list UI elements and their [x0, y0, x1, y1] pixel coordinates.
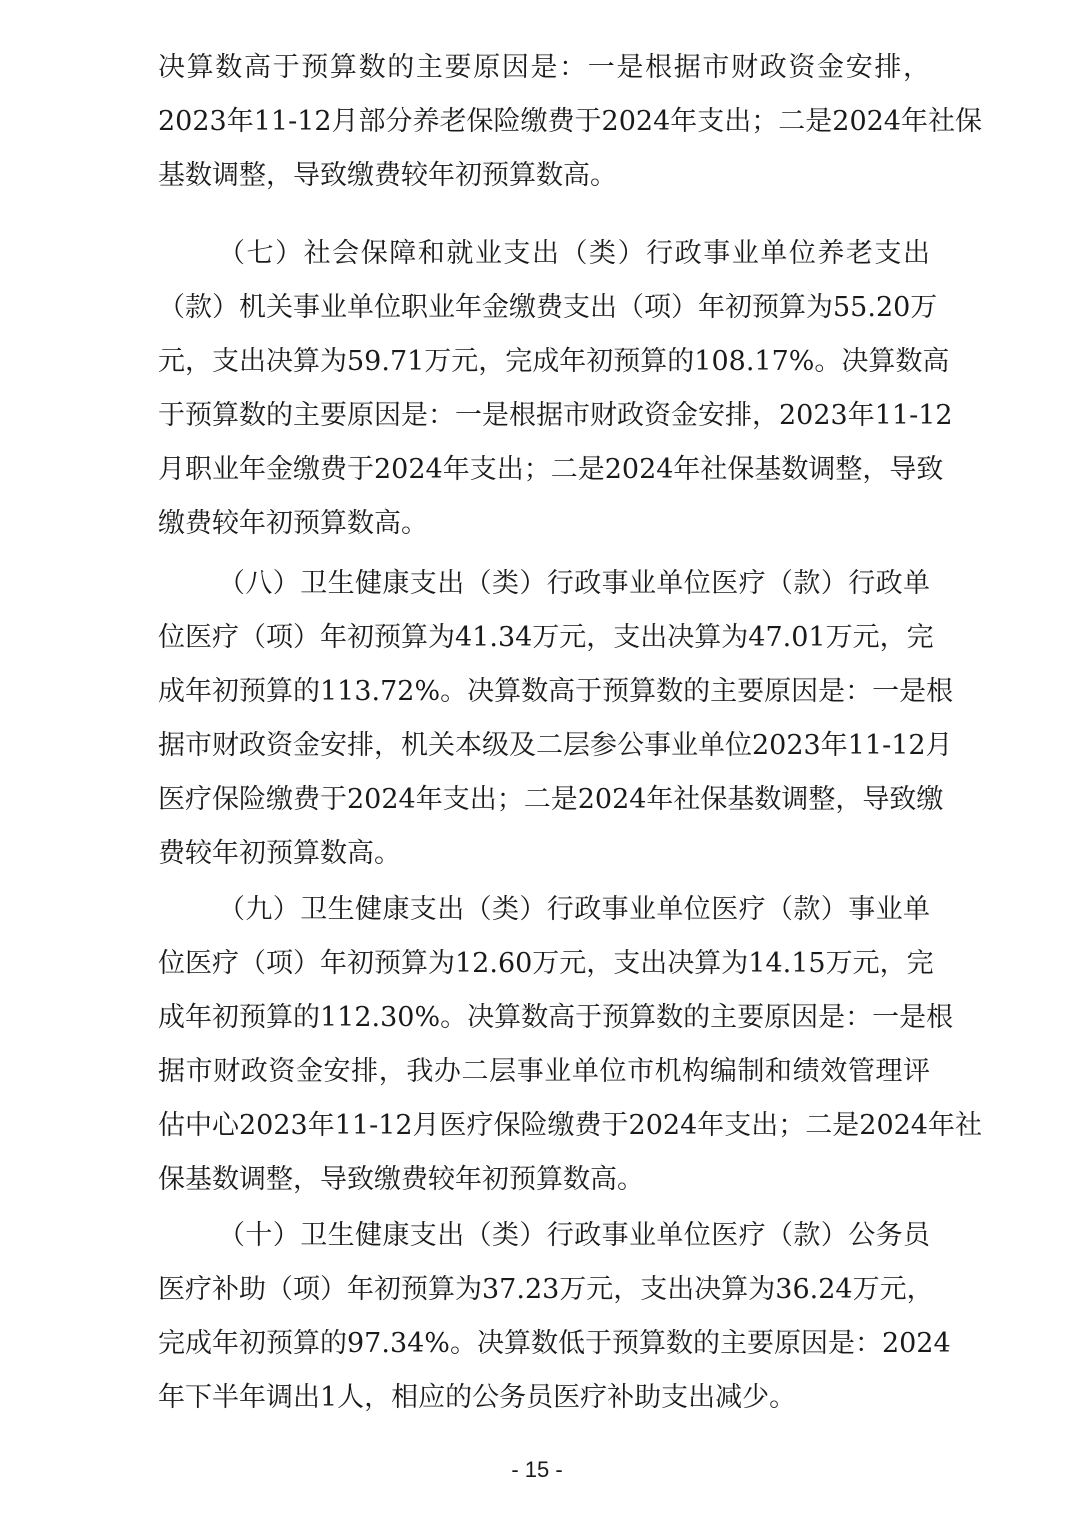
text-line: 基数调整，导致缴费较年初预算数高。 — [158, 156, 930, 196]
paragraph-heading-line: （七）社会保障和就业支出（类）行政事业单位养老支出 — [218, 234, 930, 274]
text-line: 成年初预算的113.72%。决算数高于预算数的主要原因是：一是根 — [158, 672, 930, 712]
text-line: 位医疗（项）年初预算为12.60万元，支出决算为14.15万元，完 — [158, 944, 930, 984]
text-line: 年下半年调出1人，相应的公务员医疗补助支出减少。 — [158, 1378, 930, 1418]
text-line: 估中心2023年11-12月医疗保险缴费于2024年支出；二是2024年社 — [158, 1106, 930, 1146]
text-line: （款）机关事业单位职业年金缴费支出（项）年初预算为55.20万 — [158, 288, 930, 328]
paragraph-heading-line: （八）卫生健康支出（类）行政事业单位医疗（款）行政单 — [218, 564, 930, 604]
text-line: 月职业年金缴费于2024年支出；二是2024年社保基数调整，导致 — [158, 450, 930, 490]
text-line: 据市财政资金安排，我办二层事业单位市机构编制和绩效管理评 — [158, 1052, 930, 1092]
paragraph-heading-line: （十）卫生健康支出（类）行政事业单位医疗（款）公务员 — [218, 1216, 930, 1256]
text-line: 元，支出决算为59.71万元，完成年初预算的108.17%。决算数高 — [158, 342, 930, 382]
paragraph-heading-line: （九）卫生健康支出（类）行政事业单位医疗（款）事业单 — [218, 890, 930, 930]
page-number: - 15 - — [0, 1457, 1074, 1483]
text-line: 缴费较年初预算数高。 — [158, 504, 930, 544]
text-line: 保基数调整，导致缴费较年初预算数高。 — [158, 1160, 930, 1200]
document-page: 决算数高于预算数的主要原因是：一是根据市财政资金安排， 2023年11-12月部… — [0, 0, 1074, 1520]
text-line: 位医疗（项）年初预算为41.34万元，支出决算为47.01万元，完 — [158, 618, 930, 658]
text-line: 费较年初预算数高。 — [158, 834, 930, 874]
text-line: 决算数高于预算数的主要原因是：一是根据市财政资金安排， — [158, 48, 930, 88]
text-line: 成年初预算的112.30%。决算数高于预算数的主要原因是：一是根 — [158, 998, 930, 1038]
text-line: 于预算数的主要原因是：一是根据市财政资金安排，2023年11-12 — [158, 396, 930, 436]
text-line: 2023年11-12月部分养老保险缴费于2024年支出；二是2024年社保 — [158, 102, 930, 142]
text-line: 医疗补助（项）年初预算为37.23万元，支出决算为36.24万元， — [158, 1270, 930, 1310]
text-line: 完成年初预算的97.34%。决算数低于预算数的主要原因是：2024 — [158, 1324, 930, 1364]
text-line: 医疗保险缴费于2024年支出；二是2024年社保基数调整，导致缴 — [158, 780, 930, 820]
text-line: 据市财政资金安排，机关本级及二层参公事业单位2023年11-12月 — [158, 726, 930, 766]
